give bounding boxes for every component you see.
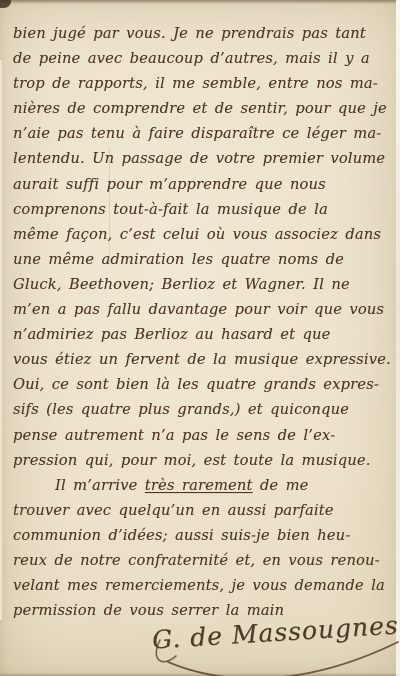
letter-line: nières de comprendre et de sentir, pour … bbox=[13, 96, 389, 121]
letter-line: communion d’idées; aussi suis-je bien he… bbox=[13, 523, 389, 548]
letter-line-emphasized: Il m’arrive très rarement de me bbox=[13, 473, 389, 498]
letter-line: comprenons tout-à-fait la musique de la bbox=[13, 197, 389, 222]
letter-line: m’en a pas fallu davantage pour voir que… bbox=[13, 297, 389, 322]
letter-line: vous étiez un fervent de la musique expr… bbox=[13, 347, 389, 372]
underlined-phrase: très rarement bbox=[145, 477, 253, 494]
letter-line: Gluck, Beethoven; Berlioz et Wagner. Il … bbox=[13, 272, 389, 297]
letter-line: trop de rapports, il me semble, entre no… bbox=[13, 71, 389, 96]
scanned-letter-page: bien jugé par vous. Je ne prendrais pas … bbox=[0, 0, 400, 676]
letter-line: velant mes remerciements, je vous demand… bbox=[13, 573, 389, 598]
letter-line: sifs (les quatre plus grands,) et quicon… bbox=[13, 397, 389, 422]
letter-line: lentendu. Un passage de votre premier vo… bbox=[13, 146, 389, 171]
letter-line: Oui, ce sont bien là les quatre grands e… bbox=[13, 372, 389, 397]
paper-top-edge bbox=[0, 0, 400, 4]
letter-body: bien jugé par vous. Je ne prendrais pas … bbox=[13, 21, 389, 623]
letter-line: bien jugé par vous. Je ne prendrais pas … bbox=[13, 21, 389, 46]
letter-line: de peine avec beaucoup d’autres, mais il… bbox=[13, 46, 389, 71]
paper-right-edge bbox=[396, 0, 400, 676]
letter-line-prefix: Il m’arrive bbox=[55, 477, 145, 494]
letter-line: pense autrement n’a pas le sens de l’ex- bbox=[13, 423, 389, 448]
letter-line: pression qui, pour moi, est toute la mus… bbox=[13, 448, 389, 473]
letter-line-suffix: de me bbox=[253, 477, 309, 494]
letter-line: une même admiration les quatre noms de bbox=[13, 247, 389, 272]
letter-line: reux de notre confraternité et, en vous … bbox=[13, 548, 389, 573]
letter-line: même façon, c’est celui où vous associez… bbox=[13, 222, 389, 247]
letter-line: aurait suffi pour m’apprendre que nous bbox=[13, 172, 389, 197]
letter-line: n’aie pas tenu à faire disparaître ce lé… bbox=[13, 121, 389, 146]
letter-line: n’admiriez pas Berlioz au hasard et que bbox=[13, 322, 389, 347]
paper-left-edge bbox=[0, 60, 2, 620]
letter-line: trouver avec quelqu’un en aussi parfaite bbox=[13, 498, 389, 523]
